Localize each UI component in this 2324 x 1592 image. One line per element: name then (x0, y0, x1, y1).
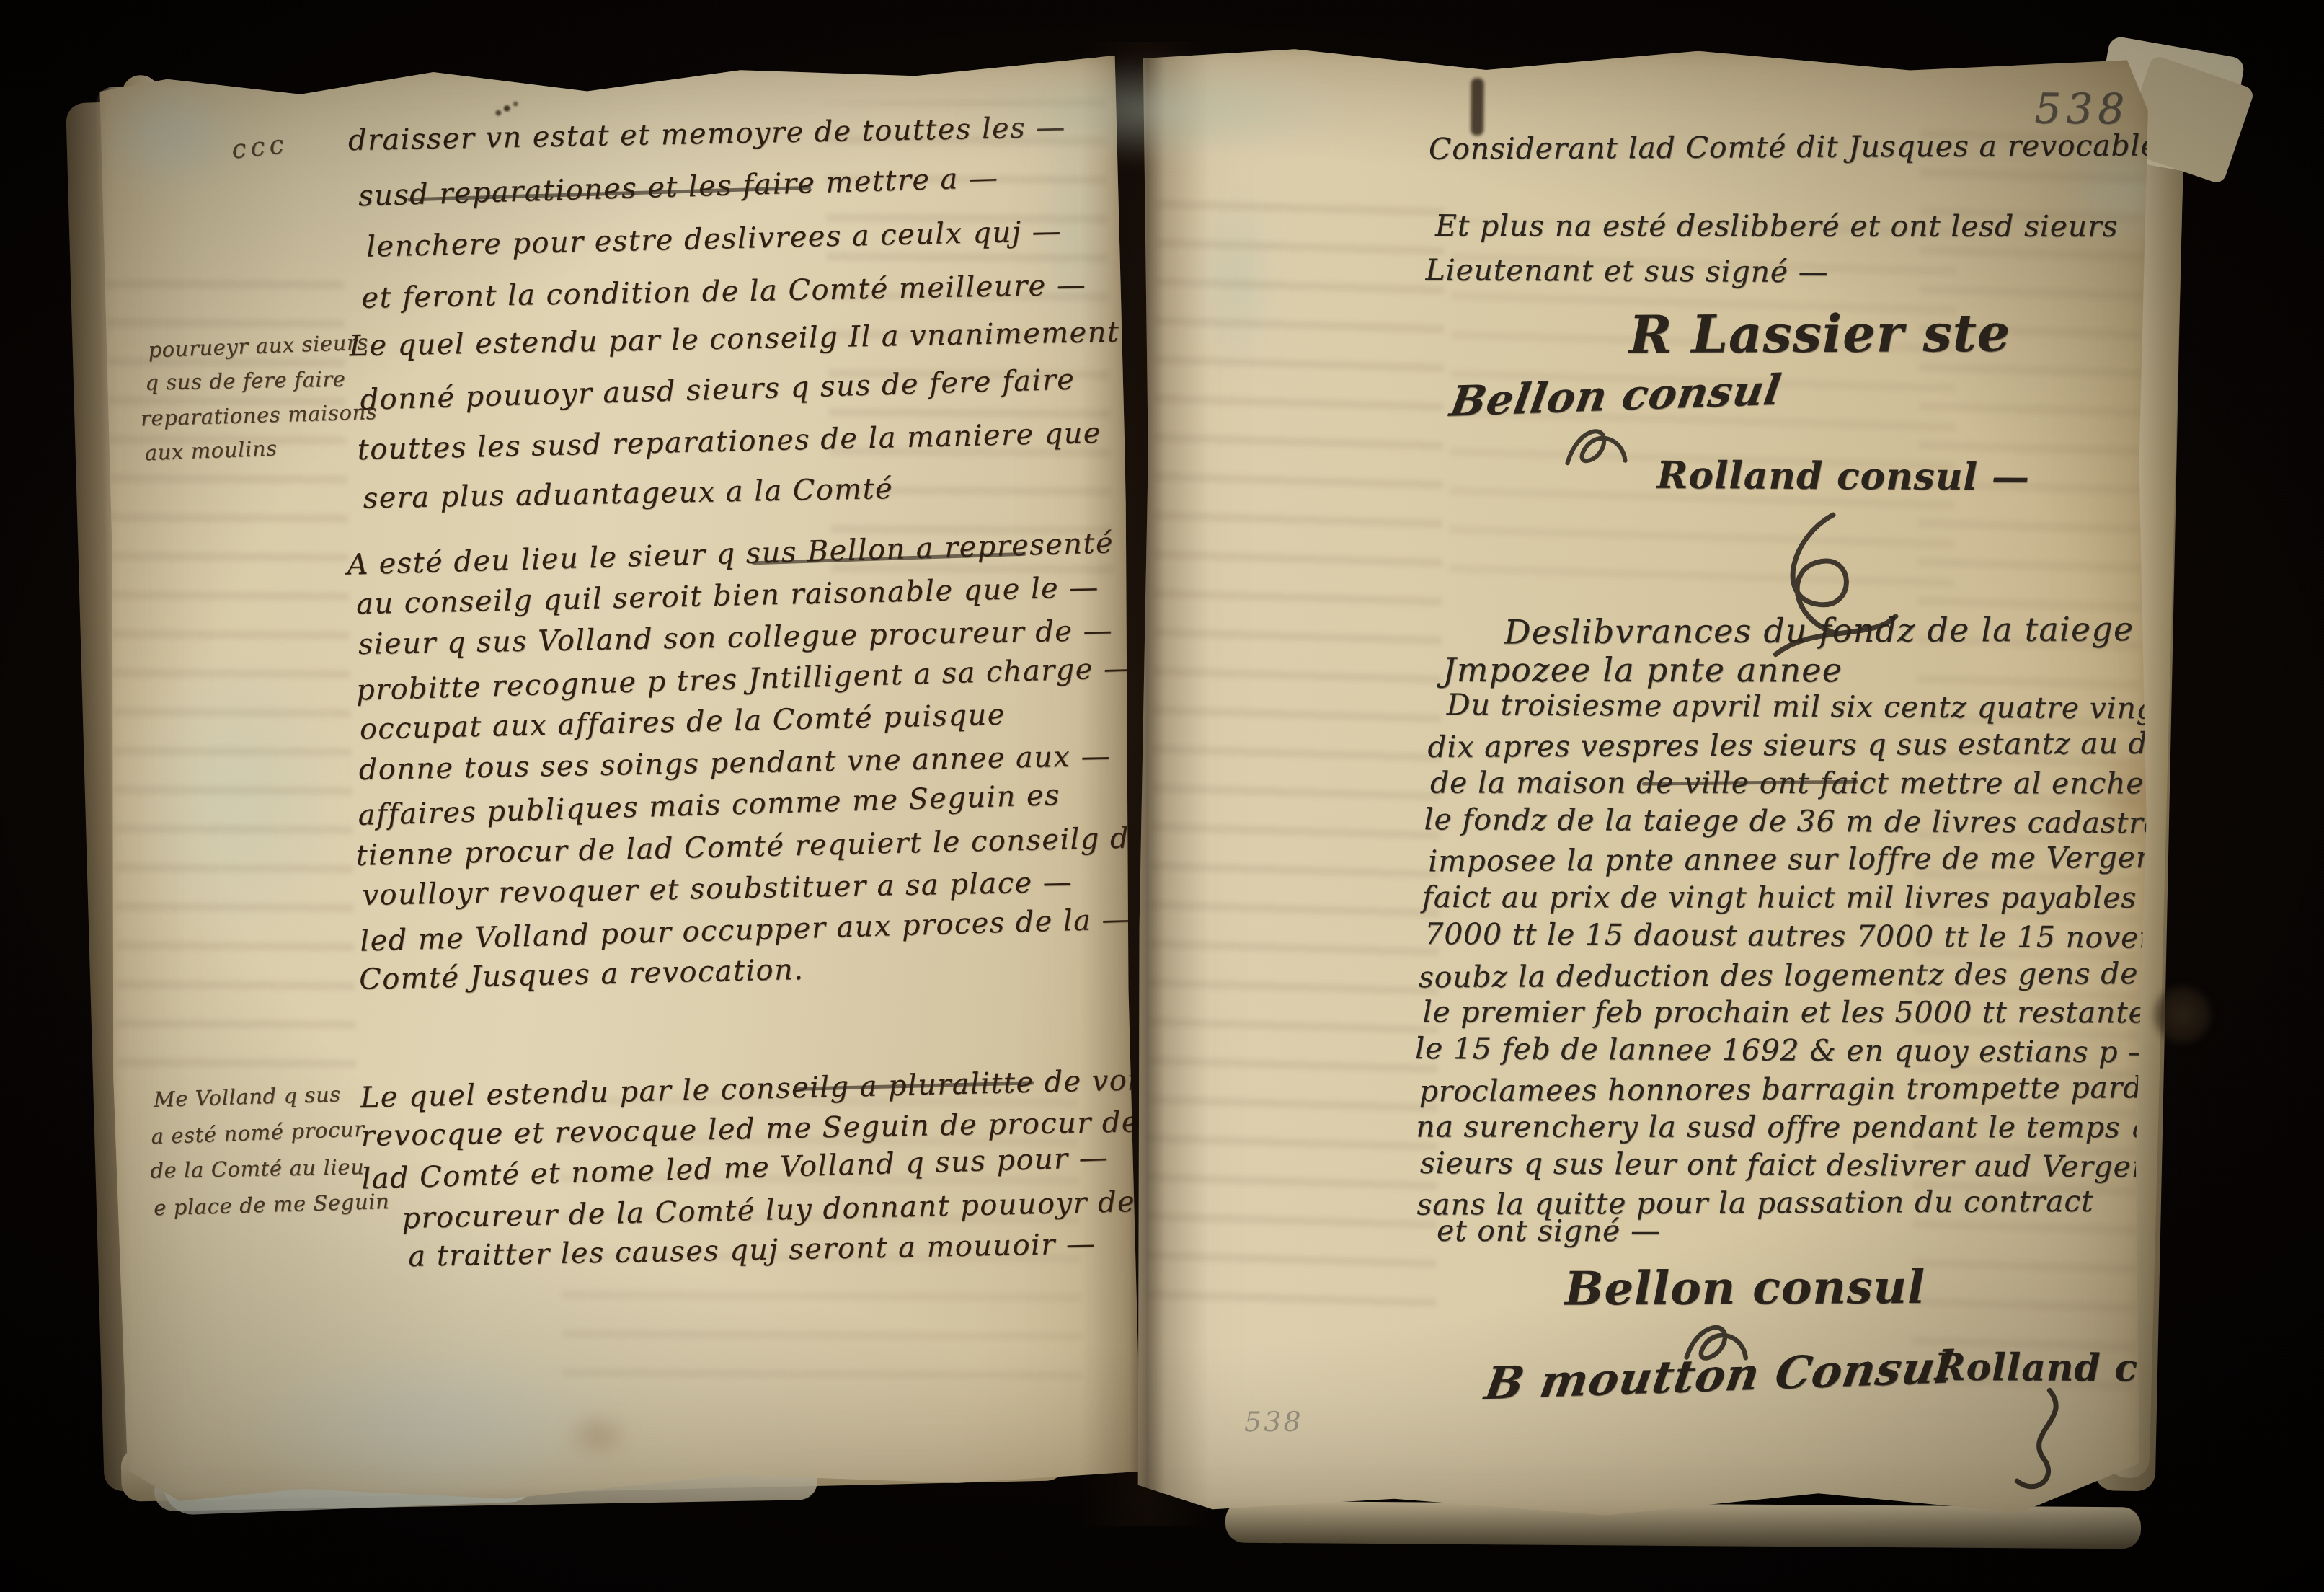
manuscript-line: imposee la pnte annee sur loffre de me V… (1428, 840, 2150, 878)
folio-number-pencil: 538 (1244, 1406, 1303, 1438)
signature-consul-rolland: Rolland consul — (1656, 454, 2030, 500)
margin-note-line: de la Comté au lieu (150, 1154, 364, 1182)
manuscript-line: led me Volland pour occupper aux proces … (360, 903, 1132, 958)
manuscript-line: occupat aux affaires de la Comté puisque (359, 698, 1006, 746)
manuscript-line: Lieutenant et sus signé — (1425, 252, 1828, 289)
margin-note-line: q sus de fere faire (145, 367, 346, 395)
manuscript-line: affaires publiques mais comme me Seguin … (358, 779, 1060, 832)
margin-note-line: a esté nomé procur (151, 1117, 365, 1149)
manuscript-line: sieur q sus Volland son collegue procure… (358, 614, 1114, 661)
manuscript-line: au conseilg quil seroit bien raisonable … (356, 571, 1100, 621)
manuscript-line: na surenchery la susd offre pendant le t… (1416, 1110, 2241, 1145)
damp-stain (96, 73, 249, 198)
manuscript-line: le premier feb prochain et les 5000 tt r… (1422, 994, 2202, 1030)
manuscript-line: sera plus aduantageux a la Comté (363, 472, 893, 515)
manuscript-line: voulloyr revoquer et soubstituer a sa pl… (362, 866, 1073, 912)
photo-backdrop: ccc draisser vn estat et memoyre de tout… (0, 0, 2324, 1592)
ink-drip (1471, 78, 1484, 136)
manuscript-line: sieurs q sus leur ont faict deslivrer au… (1420, 1146, 2147, 1184)
manuscript-line: Du troisiesme apvril mil six centz quatr… (1447, 687, 2185, 725)
manuscript-line: 7000 tt le 15 daoust autres 7000 tt le 1… (1424, 916, 2219, 955)
margin-mark: ccc (230, 130, 289, 165)
entry-heading-line: Deslibvrances du fondz de la taiege — (1504, 609, 2180, 652)
margin-note-line: Me Volland q sus (153, 1082, 341, 1111)
signature-consul-bellon: Bellon consul (1564, 1260, 1925, 1317)
signature-consul-rolland: Rolland consul (1934, 1345, 2256, 1391)
manuscript-line: le fondz de la taiege de 36 m de livres … (1424, 802, 2256, 841)
manuscript-line: Considerant lad Comté dit Jusques a revo… (1429, 128, 2199, 167)
manuscript-line: Et plus na esté deslibberé et ont lesd s… (1435, 208, 2118, 244)
manuscript-line: le 15 feb de lannee 1692 & en quoy estia… (1415, 1031, 2158, 1069)
right-page: 538 Considerant lad Comté dit Jusques a … (1132, 44, 2152, 1523)
entry-heading-line: Jmpozee la pnte annee (1442, 650, 1842, 689)
bleedthrough-ghost-text (106, 277, 357, 1088)
margin-note-line: e place de me Seguin (154, 1189, 390, 1220)
folio-number-ink: 538 (2034, 84, 2129, 133)
margin-note-line: aux moulins (144, 435, 278, 465)
manuscript-line: donne tous ses soings pendant vne annee … (358, 740, 1111, 787)
bleedthrough-ghost-text (1148, 195, 1445, 1322)
signature-descender (2003, 1386, 2097, 1509)
manuscript-line: dix apres vespres les sieurs q sus estan… (1427, 725, 2233, 764)
manuscript-line: probitte recognue p tres Jntilligent a s… (355, 652, 1134, 707)
damp-stain-gutter (952, 56, 1370, 164)
signature-paraph (1561, 418, 1631, 480)
manuscript-line: et ont signé — (1437, 1213, 1661, 1248)
manuscript-line: faict au prix de vingt huict mil livres … (1422, 880, 2137, 915)
manuscript-line: Comté Jusques a revocation. (359, 953, 804, 996)
ink-blotch-edge (2152, 984, 2213, 1045)
signature-consul-moutton: B moutton Consul (1481, 1340, 1957, 1410)
signature-secretary: R Lassier ste (1629, 302, 2011, 366)
left-page: ccc draisser vn estat et memoyre de tout… (95, 56, 1141, 1508)
